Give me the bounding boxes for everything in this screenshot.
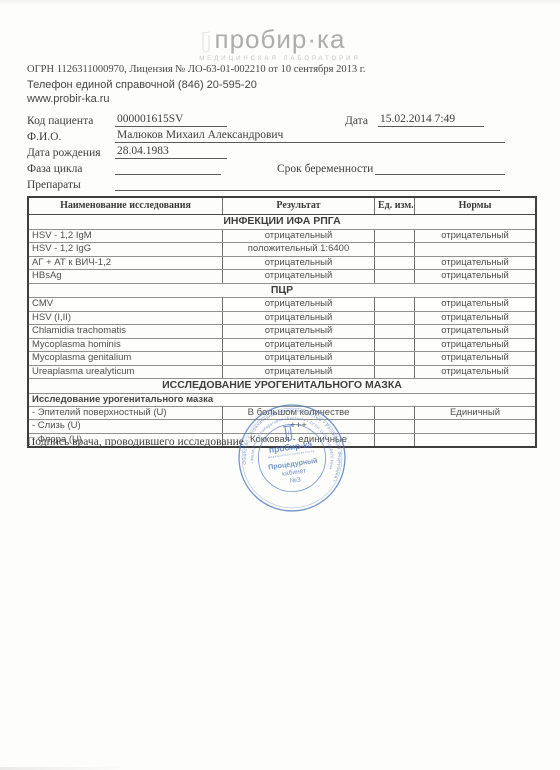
report-date-value: 15.02.2014 7:49 [378, 113, 484, 127]
pregnancy-term-label: Срок беременности [277, 163, 375, 175]
report-date-label: Дата [345, 115, 378, 127]
cell-unit [374, 352, 414, 365]
cell-name: HSV (I,II) [29, 312, 222, 325]
cell-name: HBsAg [29, 270, 222, 283]
cell-result: отрицательный [222, 312, 374, 325]
patient-name-label: Ф.И.О. [27, 131, 115, 143]
cell-name: - Слизь (U) [29, 420, 222, 433]
cell-norm: отрицательный [414, 339, 535, 352]
cell-unit [374, 339, 414, 352]
patient-info-form: Код пациента 000001615SV Дата 15.02.2014… [27, 112, 533, 192]
cell-norm: отрицательный [414, 298, 535, 311]
license-line: ОГРН 1126311000970, Лицензия № ЛО-63-01-… [27, 64, 365, 75]
table-row: CMVотрицательныйотрицательный [29, 298, 535, 312]
cell-name: Ureaplasma urealyticum [29, 366, 222, 379]
cycle-phase-value [115, 174, 221, 175]
pregnancy-term-value [375, 174, 505, 175]
cell-name: - Эпителий поверхностный (U) [29, 407, 222, 420]
table-section-header: ИНФЕКЦИИ ИФА РПГА [29, 215, 535, 230]
table-header-row: Наименование исследования Результат Ед. … [29, 198, 535, 215]
cell-name: HSV - 1,2 IgG [29, 243, 222, 256]
table-section-header: ПЦР [29, 284, 535, 299]
cell-unit [374, 366, 414, 379]
cell-norm: отрицательный [414, 312, 535, 325]
cell-name: Mycoplasma hominis [29, 339, 222, 352]
patient-row-birthdate: Дата рождения 28.04.1983 [27, 144, 533, 159]
lab-report-page: пробир·ка МЕДИЦИНСКАЯ ЛАБОРАТОРИЯ ОГРН 1… [0, 0, 560, 770]
cell-unit [374, 420, 414, 433]
cell-result: отрицательный [222, 298, 374, 311]
table-row: HSV - 1,2 IgMотрицательныйотрицательный [29, 230, 535, 244]
cell-name: CMV [29, 298, 222, 311]
patient-row-cycle-phase: Фаза цикла Срок беременности [27, 160, 533, 175]
cell-result: отрицательный [222, 230, 374, 243]
cell-name: Mycoplasma genitalium [29, 352, 222, 365]
cell-name: Chlamidia trachomatis [29, 325, 222, 338]
cell-norm [414, 420, 535, 433]
table-row: Mycoplasma hominisотрицательныйотрицател… [29, 339, 535, 353]
patient-birthdate-value: 28.04.1983 [115, 145, 227, 159]
cycle-phase-label: Фаза цикла [27, 163, 115, 175]
drugs-value [115, 190, 500, 191]
table-row: HSV (I,II)отрицательныйотрицательный [29, 312, 535, 326]
table-row: Chlamidia trachomatisотрицательныйотрица… [29, 325, 535, 339]
cell-unit [374, 270, 414, 283]
patient-row-code: Код пациента 000001615SV Дата 15.02.2014… [27, 112, 533, 127]
cell-norm: отрицательный [414, 366, 535, 379]
clinic-logo-tagline: МЕДИЦИНСКАЯ ЛАБОРАТОРИЯ [0, 56, 560, 62]
stamp-test-tube-icon [283, 426, 294, 441]
cell-unit [374, 407, 414, 420]
cell-norm: отрицательный [414, 270, 535, 283]
cell-norm: отрицательный [414, 230, 535, 243]
patient-row-drugs: Препараты [27, 176, 533, 191]
cell-unit [374, 312, 414, 325]
patient-row-name: Ф.И.О. Малюков Михаил Александрович [27, 128, 533, 143]
test-tube-sketch-icon [196, 30, 214, 58]
patient-birthdate-label: Дата рождения [27, 147, 115, 159]
cell-result: отрицательный [222, 352, 374, 365]
drugs-label: Препараты [27, 179, 115, 191]
cell-unit [374, 257, 414, 270]
column-header-norm: Нормы [414, 198, 535, 214]
stamp-outer-circle [232, 398, 352, 518]
patient-code-label: Код пациента [27, 115, 115, 127]
cell-name: АГ + АТ к ВИЧ-1,2 [29, 257, 222, 270]
table-row: АГ + АТ к ВИЧ-1,2отрицательныйотрицатель… [29, 257, 535, 271]
clinic-logo: пробир·ка МЕДИЦИНСКАЯ ЛАБОРАТОРИЯ [0, 24, 560, 62]
cell-result: положительный 1:6400 [222, 243, 374, 256]
clinic-stamp: Общество с ограниченной ответственностью… [229, 395, 355, 521]
cell-norm: Единичный [414, 407, 535, 420]
cell-result: отрицательный [222, 366, 374, 379]
table-row: HSV - 1,2 IgGположительный 1:6400 [29, 243, 535, 257]
cell-unit [374, 230, 414, 243]
website-line: www.probir-ka.ru [27, 93, 110, 105]
doctor-signature-label: Подпись врача, проводившего исследование [27, 436, 244, 448]
column-header-result: Результат [222, 198, 374, 214]
cell-name: HSV - 1,2 IgM [29, 230, 222, 243]
cell-result: отрицательный [222, 325, 374, 338]
cell-norm: отрицательный [414, 325, 535, 338]
clinic-logo-brand: пробир·ка [0, 24, 560, 55]
cell-norm: отрицательный [414, 257, 535, 270]
table-section-header: ИССЛЕДОВАНИЕ УРОГЕНИТАЛЬНОГО МАЗКА [29, 379, 535, 394]
patient-name-value: Малюков Михаил Александрович [115, 129, 505, 143]
patient-code-value: 000001615SV [115, 113, 227, 127]
table-row: HBsAgотрицательныйотрицательный [29, 270, 535, 284]
phone-line: Телефон единой справочной (846) 20-595-2… [27, 79, 257, 91]
cell-result: отрицательный [222, 257, 374, 270]
cell-unit [374, 243, 414, 256]
column-header-unit: Ед. изм. [374, 198, 414, 214]
stamp-room-line3: №3 [289, 476, 301, 484]
cell-norm [414, 434, 535, 447]
cell-result: отрицательный [222, 270, 374, 283]
cell-unit [374, 434, 414, 447]
cell-unit [374, 325, 414, 338]
column-header-test-name: Наименование исследования [29, 198, 222, 214]
cell-unit [374, 298, 414, 311]
cell-result: отрицательный [222, 339, 374, 352]
table-row: Ureaplasma urealyticumотрицательныйотриц… [29, 366, 535, 380]
table-row: Mycoplasma genitaliumотрицательныйотрица… [29, 352, 535, 366]
cell-norm: отрицательный [414, 352, 535, 365]
cell-norm [414, 243, 535, 256]
